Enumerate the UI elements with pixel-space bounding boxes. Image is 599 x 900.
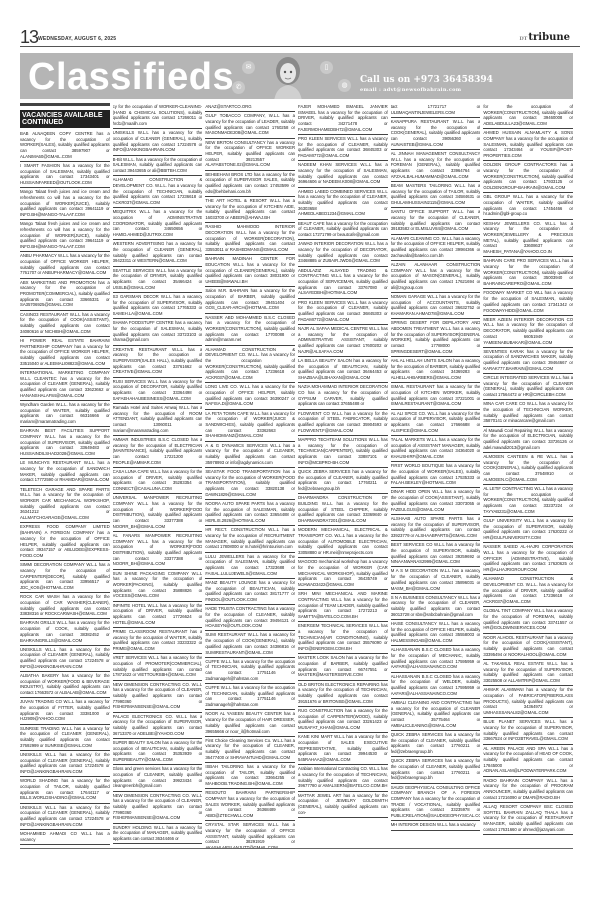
classified-ad: AHMED HUSSAIN ALNAMLAITY & SONS COMPANY …	[483, 129, 573, 161]
classified-ad: LA BELLA BEAUTY SALON has a vacancy for …	[298, 357, 388, 383]
classified-ad: MH INTERIOR DESIGN W.L.L has a vacancy	[391, 821, 481, 830]
classified-ad: Arabian International Contracting CO. W.…	[298, 765, 388, 791]
classified-ad: ALHASSANAIN B.S.C CLOSED has a vacancy f…	[391, 673, 481, 699]
classified-ad: WORLD SHADING has a vacancy for the occu…	[20, 777, 110, 803]
classified-ad: RASHID MAHMOOD INTERIOR DECORATION W.L.L…	[205, 223, 295, 255]
classified-ad: VRET SERVICES W.L.L has a vacancy for th…	[113, 654, 203, 680]
column-5: tact 17721717 or ULBMAQANTINJEWELERS.COM…	[391, 103, 481, 848]
classified-ad: BAB ALNAQEEN COPY CENTRE has a vacancy f…	[20, 130, 110, 162]
classified-ad: tact 17721717 or ULBMAQANTINJEWELERS.COM	[391, 103, 481, 118]
classified-ad: DINAR HIDD OPEN W.L.L has a vacancy for …	[391, 488, 481, 514]
classified-ad: NASSER ABD MOHAMMED B.S.C CLOSED has a v…	[205, 314, 295, 346]
classified-ad: CREATIVE RESTAURANT W.L.L has a vacancy …	[113, 346, 203, 378]
classified-ad: EXPRESS FOOD COMPANY LIMITED (BAHRAIN) A…	[20, 523, 110, 561]
classified-ad: A & G DYNAMICS SERVICES W.L.L has a vaca…	[205, 442, 295, 468]
classified-ad: LA FETA TOWN CAFE W.L.L has a vacancy fo…	[205, 410, 295, 442]
classified-ad: NASSER SAEED AL-HAJRI CORPORATION W.L.L …	[483, 543, 573, 575]
classified-ad: QUICK ZEBRA SERVICES has a vacancy for t…	[391, 731, 481, 757]
classified-ad: BAHRAIN GRILLS W.L.L has a vacancy for t…	[20, 619, 110, 645]
classified-ad: BEHBEHANI BROS LTD has a vacancy for the…	[205, 171, 295, 197]
classified-ad: PRO KLEEN SERVICES W.L.L has a vacancy f…	[298, 299, 388, 325]
classified-ad: ABX MARKETING AND PROMOTION has a vacanc…	[20, 279, 110, 311]
classified-ad: FIRST WORLD BOUTIQUE has a vacancy for t…	[391, 462, 481, 488]
page-number: 13	[20, 28, 38, 46]
classified-ad: GULF UNIVERSITY W.L.L has a vacancy for …	[483, 517, 573, 543]
classified-ad: ALBATHA BAKERY has a vacancy for the occ…	[20, 672, 110, 698]
classified-ad: Mango Talaat fresh juices and ice cream …	[20, 188, 110, 220]
operator-illustration-icon	[268, 55, 308, 99]
classified-ad: ANAZ@STARTCO.ORG	[205, 103, 295, 112]
classified-ad: ISMAIL RESTAURANT has a vacancy for the …	[391, 383, 481, 409]
classified-ad: AL JINNAH MANAGEMENT CONSULTANCY W.L.L h…	[391, 150, 481, 182]
classified-ad: WESTERN ADVERTISING has a vacancy for th…	[113, 240, 203, 266]
classified-ad: AL LETIF CONTRACTING W.L.L has a vacancy…	[483, 485, 573, 517]
classified-ad: KANE KINI MART W.L.L has a vacancy for t…	[298, 733, 388, 765]
classified-ad: TALAL MARKETS W.L.L has a vacancy for th…	[391, 436, 481, 462]
classified-ad: KANAPPURA RESTAURANT W.L.L has a vacancy…	[391, 118, 481, 150]
classified-ad: SAUDI GEOPHYSICAL CONSULTING OFFICE COMP…	[391, 784, 481, 822]
classified-ad: MODERN MECHANICAL, ELECTRICAL & TRANSPOR…	[298, 526, 388, 558]
classified-ad: CIRCLE INTEGRATED SERVICES W.L.L has a v…	[483, 374, 573, 400]
brand-prefix: DT	[519, 36, 527, 42]
classified-ad: QUICK ZEBRA SERVICES has a vacancy for t…	[298, 468, 388, 494]
classified-ad: CUFFE W.L.L has a vacancy for the occupa…	[205, 684, 295, 710]
classified-ad: NOOR AL YASEEN BEAUTY CENTER has a vacan…	[205, 710, 295, 736]
classified-ad: TELETECH GARAGE AND SPARE PARTS W.L.L ha…	[20, 486, 110, 524]
classified-ad: KESHAV JEWELLERS CO. W.L.L has a vacancy…	[483, 220, 573, 258]
classified-ad: UNISKILLS W.L.L has a vacancy for the oc…	[20, 751, 110, 777]
classified-ad: AHMED LABED COMBINED SERVICES W.L.L has …	[298, 188, 388, 220]
classified-ad: AL ALI SPICE CO. W.L.L has a vacancy for…	[391, 410, 481, 436]
classified-ad: ALHAMAD CONSTRUCTION & DEVELOPMENT CO. W…	[113, 176, 203, 208]
classified-ad: RUSI SERVICES W.L.L has a vacancy for th…	[113, 378, 203, 404]
classified-ad: AL AREEN PALACE AND SPA W.L.L has a vaca…	[483, 745, 573, 777]
classified-ad: HADE TRUSTA CONTRACTING has a vacancy fo…	[205, 605, 295, 631]
brand-name: tribune	[528, 32, 570, 43]
classified-ad: M A S M DECORATION W.L.L has a vacancy f…	[391, 567, 481, 593]
classified-ad: UNIVERSAL MANPOWER RECRUITING COMPANY W.…	[113, 494, 203, 532]
classified-ad: LE MUNCHYS RESTAURANT W.L.L has a vacanc…	[20, 459, 110, 485]
classified-ad: SEASTAR FOOD TRANSPORTATION has a vacanc…	[205, 468, 295, 500]
classified-ad: UNISKILLS W.L.L has a vacancy for the oc…	[20, 646, 110, 672]
classified-ad: SUNRISE TRADING W.L.L has a vacancy for …	[20, 725, 110, 751]
classified-ad: OLD BRITON ELECTRONICS REPAIRING has a v…	[298, 681, 388, 707]
classified-ad: GOLDEN GROUP CONTRACTORS has a vacancy f…	[483, 161, 573, 193]
classified-ad: MAPPRO TECHTEAM SOLUTIONS W.L.L has a va…	[298, 436, 388, 468]
classified-ad: SEATTLE SERVICES W.L.L has a vacancy for…	[113, 267, 203, 293]
column-1: VACANCIES AVAILABLE CONTINUED BAB ALNAQE…	[20, 103, 110, 848]
classified-ad: MINA CAR CARE CO W.L.L has a vacancy for…	[483, 400, 573, 426]
classified-ad: Ramada Hotel and Suites Amwaj W.L.L has …	[113, 404, 203, 436]
classified-ad: ROCK CAR WASH has a vacancy for the occu…	[20, 593, 110, 619]
classified-ad: NAZIA MOHAMMAD INTERIOR DECORATION CO ha…	[298, 383, 388, 409]
classified-ad: BEST SERVICES CO W.L.L has a vacancy for…	[391, 541, 481, 567]
classified-ad: FAJER MOHAMED ISMAEEL JANVIER ISMAEEL ha…	[298, 103, 388, 135]
classified-ad: SUNDRY HOLDING W.L.L has a vacancy for t…	[113, 824, 203, 845]
classified-ad: NADEEM KHAN SERVICES W.L.L has a vacancy…	[298, 161, 388, 187]
classified-ad: CASA LUNA CAFE W.L.L has a vacancy for t…	[113, 468, 203, 494]
phone-icon: ✆	[232, 81, 245, 94]
classified-ad: UNISKILLS W.L.L has a vacancy for the oc…	[20, 804, 110, 830]
classified-ad: AL TAKAMUL REAL ESTATE W.L.L has a vacan…	[483, 660, 573, 686]
banner-title: Classifieds	[28, 55, 234, 99]
page-masthead: 13 WEDNESDAY, AUGUST 6, 2025 DTtribune	[20, 28, 580, 47]
classified-ad: First Choice Cleaning Services Co. W.L.L…	[205, 737, 295, 763]
classified-ad: ENERGEM TECHNICAL SERVICES W.L.L has a v…	[298, 622, 388, 654]
classified-ad: DHARMANDRA CONSTRUCTION OF BUILDING W.L.…	[298, 494, 388, 526]
classified-ad: ALHASSANAIN B.S.C CLOSED has a vacancy f…	[391, 646, 481, 672]
classified-ad: GBL GROUP W.L.L has a vacancy for the oc…	[483, 193, 573, 219]
newspaper-logo: DTtribune	[519, 32, 570, 43]
classified-ad: ALLAQ RESORT COMPANY BSC CLOSED SOFITEL …	[483, 803, 573, 835]
classified-ad: AMBALI CLEANING AND CONTRACTING has a va…	[391, 699, 481, 731]
classified-ad: SUPER BEAUTY SALON has a vacancy for the…	[113, 739, 203, 765]
column-3: ANAZ@STARTCO.ORGGULF TOBACCO COMPANY, W.…	[205, 103, 295, 848]
classified-ad: JUVAN TRADING CO W.L.L has a vacancy for…	[20, 698, 110, 724]
classified-ad: QUICK ZEBRA SERVICES has a vacancy for t…	[391, 757, 481, 783]
publication-date: WEDNESDAY, AUGUST 6, 2025	[38, 36, 116, 42]
classified-ad: S N A BUSINESS CONSULTANCY W.L.L has a v…	[391, 594, 481, 620]
classified-ad: NEW BRITON CONSULTANCY has a vacancy for…	[205, 139, 295, 171]
classified-ad: ANBU PHARMACY W.L.L has a vacancy for th…	[20, 252, 110, 278]
classified-ad: CASINO3 RESTAURANT W.L.L has a vacancy f…	[20, 311, 110, 337]
classified-ad: SUMI RESTAURANT W.L.L has a vacancy for …	[205, 631, 295, 657]
classified-ad: ALZAIN ALANHAAR CONSTRUCTION COMPANY W.L…	[391, 261, 481, 293]
classified-ad: MEER AZEEN INTERIOR DECORATION CO W.L.L …	[483, 316, 573, 348]
classified-ad: Gloss and green services has a vacancy f…	[113, 765, 203, 791]
classified-ad: BEAUT CAFE has a vacancy for the occupat…	[298, 220, 388, 241]
classified-ad: UNISKILLS W.L.L has a vacancy for the oc…	[113, 129, 203, 155]
classified-ad: THE ART HOTEL & RESORT W.L.L has a vacan…	[205, 197, 295, 223]
column-rule	[20, 103, 110, 106]
classified-ad: NOMAN GARAGE W.L.L has a vacancy for the…	[391, 293, 481, 319]
classified-ad: GULF TOBACCO COMPANY, W.L.L has a vacanc…	[205, 112, 295, 138]
classified-ad: JAWAD INTERIOR DECORATION W.L.L has a va…	[298, 240, 388, 266]
classified-ad: MATTAR JEWEL ART has a vacancy for the o…	[298, 792, 388, 818]
classified-ad: B-Bit W.L.L. has a vacancy for the occup…	[113, 156, 203, 177]
classified-ad: MOHAMMED AHMADI CO W.L.L has a vacancy	[20, 830, 110, 845]
classified-ad: Wyndham Garden W.L.L. has a vacancy for …	[20, 401, 110, 427]
classified-ad: NEW DIMENSION CONTRACTING CO. W.L.L has …	[113, 681, 203, 713]
classified-ad: I SMART FASHION has a vacancy for the oc…	[20, 162, 110, 188]
classified-ad: AL FANARS MANPOWER RECRUITING COMPANY W.…	[113, 532, 203, 570]
classified-ad: NOOR ALHOOL RESTAURANT has a vacancy for…	[483, 634, 573, 660]
classified-ad: SUN SHINE PACKAGING COMPANY W.L.L has a …	[113, 570, 203, 602]
classified-ad: MANZ BEAUTY LOUNGE has a vacancy for the…	[205, 579, 295, 605]
classified-ad: ALMOEEN CANTEEN & RE W.L.L has a vacancy…	[483, 453, 573, 485]
classified-ad: LONG LIVE CO. W.L.L has a vacancy for th…	[205, 383, 295, 409]
classified-ad: BLUE PLANET SERVICES W.L.L has a vacancy…	[483, 718, 573, 744]
classified-ad: RUG CONSTRUCTION has a vacancy for the o…	[298, 707, 388, 733]
classified-ad: FLOWVENT CO W.L.L has a vacancy for the …	[298, 410, 388, 436]
classified-ad: HI POWER REAL ESTATE BAHRAINI PARTNERSHI…	[20, 337, 110, 369]
classified-ad: PALACE ELECTRONICS CO. W.L.L has a vacan…	[113, 713, 203, 739]
classified-ad: BAHRAIN MADINAH CENTER FOR EDUCATION W.L…	[205, 255, 295, 287]
classified-ad: PRO KLEEN SERVICES W.L.L has a vacancy f…	[298, 135, 388, 161]
classified-ad: Salon M.R. BAHRAIN has a vacancy for the…	[205, 287, 295, 313]
classified-ad: Mango Talaat fresh juices and ice cream …	[20, 220, 110, 252]
classified-ad: MAGOOD mechanical workshop has a vacancy…	[298, 558, 388, 590]
classified-ad: SRH MINI MECHANICAL AND MARINE CONTRACTI…	[298, 590, 388, 622]
classified-ad: PRIME CLASSROOM RESTAURANT has a vacancy…	[113, 628, 203, 654]
classified-ad: INFINITE HOTEL W.L.L has a vacancy for t…	[113, 602, 203, 628]
column-4: FAJER MOHAMED ISMAEEL JANVIER ISMAEEL ha…	[298, 103, 388, 848]
classified-ad: NAJR AL SAFAA MEDICAL CENTRE W.L.L has a…	[298, 325, 388, 357]
column-2: cy for the occupation of WORKER-CLEANING…	[113, 103, 203, 848]
classified-ad: ALHAMAD CONSTRUCTION & DEVELOPMENT CO. W…	[205, 346, 295, 384]
classified-ad: AHL AL HELLAH UNITS SALON has a vacancy …	[391, 357, 481, 383]
classified-ad: ISBAH TAILORING has a vacancy for the oc…	[205, 763, 295, 789]
classified-ad: FOODWAY MARKET CO WLL has a vacancy for …	[483, 289, 573, 315]
classified-ad: SHAMA FOODSTUFF CENTRE has a vacancy for…	[113, 319, 203, 345]
section-heading: VACANCIES AVAILABLE CONTINUED	[20, 110, 110, 128]
envelope-icon: ✉	[242, 61, 255, 74]
classified-ad: SEVENTIES KARAK has a vacancy for the oc…	[483, 348, 573, 374]
classified-ad: SANTU OFFICE SUPPORT W.L.L has a vacancy…	[391, 208, 481, 234]
classified-ad: BAHRAIN BEST FACILITIES SUPPORT COMPANY …	[20, 427, 110, 459]
classified-ad: ALAMARI CLEANING CO. W.L.L has a vacancy…	[391, 235, 481, 261]
classified-ad: cy for the occupation of WORKER-CLEANING…	[113, 103, 203, 129]
classified-ad: AHMAR ALAMWANI has a vacancy for the occ…	[483, 686, 573, 718]
classified-ad: MEQUITRIX W.L.L has a vacancy for the oc…	[113, 208, 203, 240]
classified-ad: SPRING DESERT FOR DEPILATORY AND ABDOMEN…	[391, 319, 481, 357]
classified-ad: ALHAMAD CONSTRUCTION & DEVELOPMENT CO. W…	[483, 575, 573, 607]
classified-ad: MASTER LOOK SALON has a vacancy for the …	[298, 654, 388, 680]
classified-ad: BEAM MASTERS TAILORING W.L.L has a vacan…	[391, 182, 481, 208]
classified-ad: ALSHAAB AUTO SPARE PARTS has a vacancy f…	[391, 515, 481, 541]
classified-ad: for the occupation of WORKER(CONSTRUCTIO…	[483, 103, 573, 129]
classified-ad: S3 GARSMAN DECOR W.L.L has a vacancy for…	[113, 293, 203, 319]
tablet-icon: ▯	[320, 61, 333, 74]
classifieds-columns: VACANCIES AVAILABLE CONTINUED BAB ALNAQE…	[20, 103, 573, 849]
classified-ad: Al Mawadi Cool Repairing W.L.L has a vac…	[483, 427, 573, 453]
classified-ad: INTERNATIONAL MARKETING COMPANY W.L.L CL…	[20, 369, 110, 401]
classified-ad: RESOUTO BAHRAINI PARTNERSHIP COMPANY has…	[205, 789, 295, 821]
classified-ad: BAHRAIN CARE PRO SERVICES W.L.L has a va…	[483, 257, 573, 289]
column-6: for the occupation of WORKER(CONSTRUCTIO…	[483, 103, 573, 848]
classified-ad: LULU JEWELLERS has a vacancy for the occ…	[205, 553, 295, 579]
classified-ad: CRYSTAL STAR SERVICES W.L.L has a vacanc…	[205, 821, 295, 848]
classified-ad: GLOBAL TINT COMPANY W.L.L has a vacancy …	[483, 607, 573, 633]
classified-ad: NEW DIMENSION CONTRACTING CO. W.L.L has …	[113, 792, 203, 824]
classified-ad: HAISE CONSULTANCY W.L.L has a vacancy fo…	[391, 620, 481, 646]
classified-ad: RADIO BAHRAIN COMPANY W.L.L has a vacanc…	[483, 777, 573, 803]
email-contact: email : advt@newsofbahrain.com	[360, 87, 461, 93]
classifieds-banner: Classifieds ✉ ✆ ▯ ◍ Call us on +973 3645…	[20, 53, 573, 99]
phone-contact: Call us on +973 36458394	[360, 75, 493, 85]
classified-ad: AMMAR INDUSTRIES B.S.C CLOSED has a vaca…	[113, 436, 203, 468]
classified-ad: SIMMI DECORATION COMPANY W.L.L has a vac…	[20, 561, 110, 593]
classified-ad: ABDULAZIZ ALSAYED TRADING & CONTRACTING …	[298, 267, 388, 299]
classified-ad: CUFFE W.L.L has a vacancy for the occupa…	[205, 658, 295, 684]
globe-icon: ◍	[338, 79, 351, 92]
classified-ad: NOORA AUTO SPARE PARTS has a vacancy for…	[205, 500, 295, 526]
classified-ad: HR RECT. CONSTRUCTION W.L.L has a vacanc…	[205, 526, 295, 552]
